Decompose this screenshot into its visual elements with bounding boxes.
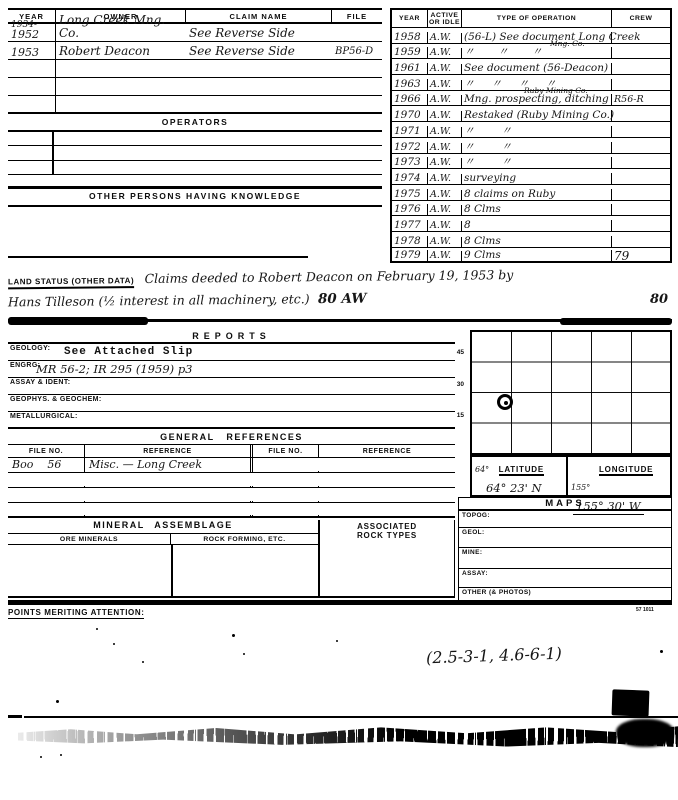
margin-note: 80 (650, 292, 668, 307)
land-status-stamp: 80 AW (318, 291, 367, 308)
activity-row: 1973 A.W. 〃 〃 (392, 154, 670, 170)
rule-line (8, 130, 382, 132)
activity-header-status: ACTIVE OR IDLE (428, 10, 462, 27)
grid-tick-30: 30 (452, 381, 464, 388)
scan-speck (56, 700, 59, 703)
points-meriting-attention-label: POINTS MERITING ATTENTION: (8, 608, 144, 619)
other-persons-section-title: OTHER PERSONS HAVING KNOWLEDGE (8, 191, 382, 201)
report-label: GEOPHYS. & GEOCHEM: (10, 396, 102, 403)
land-status-section: LAND STATUS (OTHER DATA) Claims deeded t… (8, 268, 656, 308)
rule-line-vertical (171, 545, 173, 596)
rock-forming-header: ROCK FORMING, ETC. (171, 534, 318, 544)
activity-header-crew: CREW (612, 10, 670, 27)
owner-row: 1934- 1952 Long Creek Mng. Co. See Rever… (8, 24, 382, 42)
longitude-cell: LONGITUDE 155° 155° 30' W (568, 457, 670, 495)
ink-blob (612, 689, 650, 716)
activity-row: 1971 A.W. 〃 〃 (392, 122, 670, 138)
activity-row: 1976 A.W. 8 Clms (392, 201, 670, 217)
longitude-label: LONGITUDE (599, 465, 653, 476)
maps-geol-label: GEOL: (459, 528, 671, 536)
activity-row: 1979 A.W. 9 Clms 79 (392, 248, 670, 264)
mineral-assemblage-title: MINERAL ASSEMBLAGE (8, 520, 318, 533)
rule-line (8, 145, 382, 146)
owners-table: YEAR OWNER CLAIM NAME FILE 1934- 1952 Lo… (8, 8, 382, 114)
associated-rock-types-section: ASSOCIATED ROCK TYPES (320, 520, 455, 598)
rule-line (8, 160, 382, 161)
owner-value: Robert Deacon (59, 45, 184, 58)
activity-row: 1959 A.W. Mng. Co.〃 〃 〃 (392, 44, 670, 60)
land-status-line2: Hans Tilleson (½ interest in all machine… (8, 291, 310, 309)
owner-row-empty (8, 60, 382, 78)
scanned-mining-record-form: YEAR OWNER CLAIM NAME FILE 1934- 1952 Lo… (0, 0, 678, 800)
owner-row-empty (8, 78, 382, 96)
land-status-line1: Claims deeded to Robert Deacon on Februa… (144, 267, 513, 286)
ink-mark (8, 715, 22, 718)
activity-header-year: YEAR (392, 10, 428, 27)
owners-header-file: FILE (332, 10, 382, 22)
owner-row-empty (8, 96, 382, 114)
report-row: GEOLOGY: See Attached Slip (8, 344, 455, 361)
scan-speck (60, 754, 62, 756)
mineral-assemblage-section: MINERAL ASSEMBLAGE ORE MINERALS ROCK FOR… (8, 520, 320, 598)
owner-row: 1953 Robert Deacon See Reverse Side BP56… (8, 42, 382, 60)
ink-mark (8, 317, 148, 325)
scan-speck (336, 640, 338, 642)
grid-tick-45: 45 (452, 349, 464, 356)
heavy-rule-line (8, 186, 382, 189)
report-row: GEOPHYS. & GEOCHEM: (8, 395, 455, 412)
mineral-assemblage-header: ORE MINERALS ROCK FORMING, ETC. (8, 533, 318, 545)
scan-speck (40, 756, 42, 758)
report-label: METALLURGICAL: (10, 413, 78, 420)
longitude-degree-note: 155° (571, 483, 590, 492)
location-marker-icon (497, 394, 513, 410)
activity-row: 1974 A.W. surveying (392, 169, 670, 185)
rule-line-vertical (52, 131, 54, 175)
general-reference-row (8, 488, 455, 503)
rule-line (24, 716, 678, 718)
owner-value: Long Creek Mng. Co. (59, 14, 184, 40)
report-row: METALLURGICAL: (8, 412, 455, 429)
scan-smudge (18, 723, 678, 747)
gref-header-reference: REFERENCE (319, 445, 455, 457)
year-value: 1953 (11, 47, 53, 58)
heavy-rule-line (8, 600, 672, 605)
scan-speck (243, 653, 245, 655)
report-row: ENGRG: MR 56-2; IR 295 (1959) p3 (8, 361, 455, 378)
inline-annotation: Ruby Mining Co. (524, 87, 588, 94)
maps-row: MINE: (459, 548, 671, 569)
maps-row: TOPOG: (459, 511, 671, 528)
activity-row: 1961 A.W. See document (56-Deacon) (392, 59, 670, 75)
latitude-label: LATITUDE (499, 465, 544, 476)
scan-speck (660, 650, 663, 653)
claim-value: See Reverse Side (189, 27, 330, 40)
gref-header-file-no: FILE NO. (253, 445, 319, 457)
associated-rock-types-title-line2: ROCK TYPES (320, 531, 454, 540)
inline-annotation: Mng. Co. (550, 40, 585, 47)
activity-row: 1970 A.W. Restaked (Ruby Mining Co.) (392, 106, 670, 122)
general-reference-row (8, 473, 455, 488)
file-value: BP56-D (335, 45, 380, 58)
ore-minerals-header: ORE MINERALS (8, 534, 171, 544)
maps-assay-label: ASSAY: (459, 569, 671, 577)
report-label: ASSAY & IDENT: (10, 379, 70, 386)
associated-rock-types-title-line1: ASSOCIATED (320, 522, 454, 531)
maps-topog-label: TOPOG: (459, 511, 671, 519)
rule-line (8, 174, 382, 175)
maps-title: MAPS (459, 498, 671, 511)
maps-other-label: OTHER (& PHOTOS) (459, 588, 671, 596)
activity-row: 1977 A.W. 8 (392, 216, 670, 232)
gref-header-reference: REFERENCE (85, 445, 253, 457)
report-value: MR 56-2; IR 295 (1959) p3 (36, 362, 193, 376)
reports-title: REPORTS (8, 330, 455, 344)
scan-speck (232, 634, 235, 637)
owners-header-claim-name: CLAIM NAME (186, 10, 332, 22)
mineral-assemblage-body (8, 545, 318, 596)
bottom-handwritten-note: (2.5-3-1, 4.6-6-1) (426, 644, 562, 668)
maps-row: GEOL: (459, 528, 671, 548)
activity-row: 1972 A.W. 〃 〃 (392, 138, 670, 154)
reports-section: REPORTS GEOLOGY: See Attached Slip ENGRG… (8, 330, 455, 429)
general-references-section: GENERAL REFERENCES FILE NO. REFERENCE FI… (8, 432, 455, 518)
rule-line (8, 256, 308, 258)
maps-row: ASSAY: (459, 569, 671, 588)
activity-row: 1966 A.W. Ruby Mining Co.Mng. prospectin… (392, 91, 670, 107)
land-status-label: LAND STATUS (OTHER DATA) (8, 276, 134, 289)
activity-header-operation: TYPE OF OPERATION (462, 10, 612, 27)
latitude-degree-note: 64° (475, 465, 489, 474)
maps-section: MAPS TOPOG: GEOL: MINE: ASSAY: OTHER (& … (458, 497, 672, 600)
activity-row: 1975 A.W. 8 claims on Ruby (392, 185, 670, 201)
general-reference-row (8, 503, 455, 518)
report-value: See Attached Slip (64, 346, 193, 358)
location-grid (470, 330, 672, 455)
ink-mark (560, 318, 672, 325)
grid-tick-15: 15 (452, 412, 464, 419)
gref-header-file-no: FILE NO. (8, 445, 85, 457)
scan-speck (142, 661, 144, 663)
scan-speck (113, 643, 115, 645)
maps-mine-label: MINE: (459, 548, 671, 556)
claim-value: See Reverse Side (189, 45, 330, 58)
general-reference-row: Boo 56 Misc. — Long Creek (8, 458, 455, 473)
activity-row: 1978 A.W. 8 Clms (392, 232, 670, 248)
latitude-cell: 64° LATITUDE 64° 23' N (472, 457, 568, 495)
form-number: 57 1011 (636, 607, 654, 613)
general-references-header: FILE NO. REFERENCE FILE NO. REFERENCE (8, 444, 455, 458)
report-row: ASSAY & IDENT: (8, 378, 455, 395)
activity-row: 1958 A.W. (56-L) See document Long Creek (392, 28, 670, 44)
year-value: 1952 (11, 29, 53, 40)
general-references-title: GENERAL REFERENCES (8, 432, 455, 444)
activity-table-header: YEAR ACTIVE OR IDLE TYPE OF OPERATION CR… (392, 8, 670, 28)
report-label: GEOLOGY: (10, 345, 50, 352)
operators-section-title: OPERATORS (8, 117, 382, 127)
scan-speck (96, 628, 98, 630)
coordinates-section: 64° LATITUDE 64° 23' N LONGITUDE 155° 15… (470, 455, 672, 497)
latitude-value: 64° 23' N (483, 481, 545, 497)
activity-table: YEAR ACTIVE OR IDLE TYPE OF OPERATION CR… (390, 8, 672, 263)
rule-line (8, 205, 382, 207)
